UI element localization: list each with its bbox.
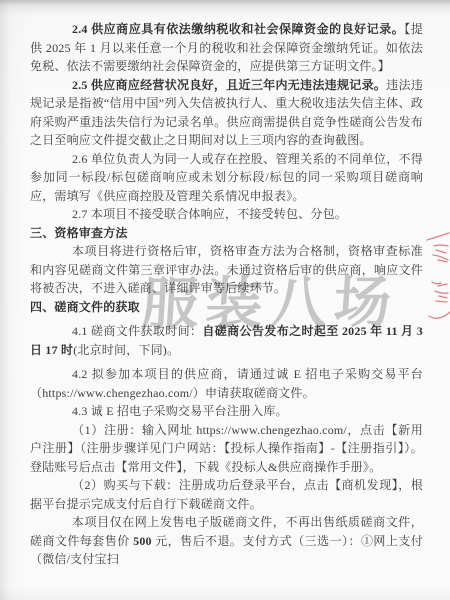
paragraph: （1）注册：输入网址 https://www.chengezhao.com/，点…: [30, 421, 423, 477]
paragraph: 4.1 磋商文件获取时间：自磋商公告发布之时起至 2025 年 11 月 3 日…: [30, 322, 423, 359]
text-run: 2.6 单位负责人为同一人或存在控股、管理关系的不同单位，不得参加同一标段/标包…: [30, 152, 423, 203]
text-run: 4.3 诚 E 招电子采购交易平台注册入库。: [72, 404, 288, 418]
text-run: 三、资格审查方法: [30, 226, 128, 240]
text-run: 四、磋商文件的获取: [30, 300, 140, 314]
text-run: 2.5 供应商应经营状况良好，且近三年内无违法违规记录。: [72, 78, 386, 92]
paragraph: 2.7 本项目不接受联合体响应，不接受转包、分包。: [30, 205, 423, 224]
text-run: （1）注册：输入网址 https://www.chengezhao.com/，点…: [30, 423, 423, 474]
text-run: 2.4 供应商应具有依法缴纳税收和社会保障资金的良好记录。: [72, 22, 404, 36]
text-run: 2.7 本项目不接受联合体响应，不接受转包、分包。: [72, 207, 347, 221]
text-run: (北京时间，下同)。: [73, 343, 179, 357]
text-run: 4.1 磋商文件获取时间：: [72, 324, 202, 338]
document-photo: 服装八场 2.4 供应商应具有依法缴纳税收和社会保障资金的良好记录。【提供 20…: [0, 0, 450, 600]
text-run: 4.2 拟参加本项目的供应商，请通过诚 E 招电子采购交易平台（https://…: [30, 367, 423, 400]
paragraph: 2.4 供应商应具有依法缴纳税收和社会保障资金的良好记录。【提供 2025 年 …: [30, 20, 423, 76]
paragraph: 4.2 拟参加本项目的供应商，请通过诚 E 招电子采购交易平台（https://…: [30, 365, 423, 402]
partial-red-seal-stamp: [426, 230, 450, 322]
paragraph: 4.3 诚 E 招电子采购交易平台注册入库。: [30, 402, 423, 421]
paragraph: 2.6 单位负责人为同一人或存在控股、管理关系的不同单位，不得参加同一标段/标包…: [30, 150, 423, 206]
text-run: 500: [133, 534, 152, 548]
section-heading: 三、资格审查方法: [30, 224, 423, 243]
document-body: 2.4 供应商应具有依法缴纳税收和社会保障资金的良好记录。【提供 2025 年 …: [30, 20, 423, 569]
paragraph: 本项目仅在网上发售电子版磋商文件，不再出售纸质磋商文件，磋商文件每套售价 500…: [30, 513, 423, 569]
paragraph: 2.5 供应商应经营状况良好，且近三年内无违法违规记录。违法违规记录是指被“信用…: [30, 76, 423, 150]
paragraph: （2）购买与下载：注册成功后登录平台，点击【商机发现】，根据平台提示完成支付后自…: [30, 476, 423, 513]
section-heading: 四、磋商文件的获取: [30, 298, 423, 317]
text-run: （2）购买与下载：注册成功后登录平台，点击【商机发现】，根据平台提示完成支付后自…: [30, 478, 423, 511]
paragraph: 本项目将进行资格后审，资格审查方法为合格制，资格审查标准和内容见磋商文件第三章评…: [30, 242, 423, 298]
text-run: 本项目将进行资格后审，资格审查方法为合格制，资格审查标准和内容见磋商文件第三章评…: [30, 244, 423, 295]
